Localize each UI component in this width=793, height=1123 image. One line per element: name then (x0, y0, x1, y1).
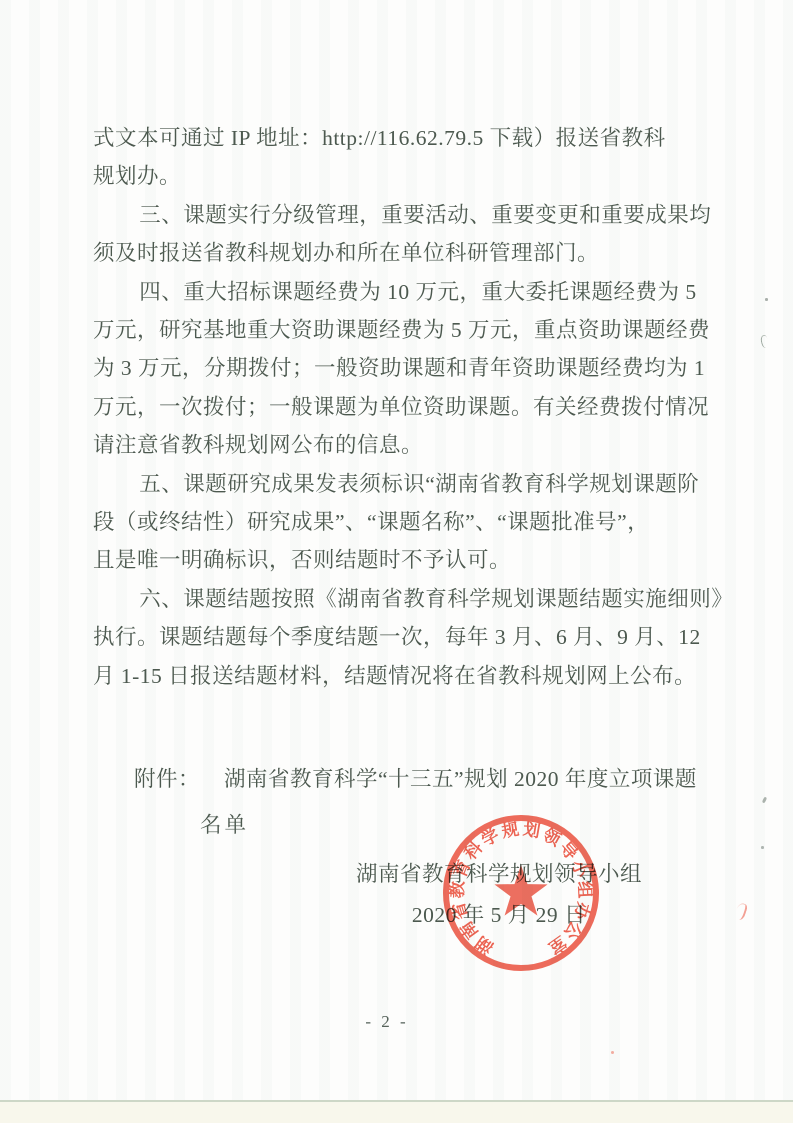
scan-speck (760, 334, 770, 348)
body-line: 式文本可通过 IP 地址：http://116.62.79.5 下载）报送省教科 (93, 119, 713, 157)
seal-star-icon (494, 865, 547, 916)
attachment-label: 附件： (134, 760, 200, 798)
body-line: 月 1-15 日报送结题材料，结题情况将在省教科规划网上公布。 (93, 657, 713, 695)
attachment-title: 湖南省教育科学“十三五”规划 2020 年度立项课题 (224, 760, 697, 798)
scan-speck (734, 902, 749, 921)
seal-text-char: 规 (500, 819, 520, 842)
body-line: 规划办。 (93, 157, 713, 195)
official-seal: 湖南省教育科学规划领导小组办公室 (436, 808, 606, 978)
scan-speck (762, 797, 767, 804)
seal-text-char: 划 (522, 819, 542, 842)
attachment-line: 附件： 湖南省教育科学“十三五”规划 2020 年度立项课题 (134, 760, 697, 798)
official-seal-graphic: 湖南省教育科学规划领导小组办公室 (436, 808, 606, 978)
body-line: 四、重大招标课题经费为 10 万元，重大委托课题经费为 5 (93, 273, 713, 311)
body-line: 三、课题实行分级管理，重要活动、重要变更和重要成果均 (93, 196, 713, 234)
body-line: 万元，研究基地重大资助课题经费为 5 万元，重点资助课题经费 (93, 311, 713, 349)
body-line: 六、课题结题按照《湖南省教育科学规划课题结题实施细则》 (93, 580, 713, 618)
scan-speck (765, 298, 768, 301)
body-line: 段（或终结性）研究成果”、“课题名称”、“课题批准号”， (93, 503, 713, 541)
body-line: 请注意省教科规划网公布的信息。 (93, 426, 713, 464)
scan-speck (611, 1051, 614, 1054)
page-number: - 2 - (347, 1012, 427, 1032)
scan-page-edge (0, 1100, 793, 1123)
body-line: 须及时报送省教科规划办和所在单位科研管理部门。 (93, 234, 713, 272)
scan-speck (761, 846, 764, 849)
body-line: 万元，一次拨付；一般课题为单位资助课题。有关经费拨付情况 (93, 388, 713, 426)
body-line: 五、课题研究成果发表须标识“湖南省教育科学规划课题阶 (93, 465, 713, 503)
body-line: 且是唯一明确标识，否则结题时不予认可。 (93, 541, 713, 579)
body-line: 执行。课题结题每个季度结题一次，每年 3 月、6 月、9 月、12 (93, 618, 713, 656)
body-line: 为 3 万元，分期拨付；一般资助课题和青年资助课题经费均为 1 (93, 349, 713, 387)
scanned-document-page: 式文本可通过 IP 地址：http://116.62.79.5 下载）报送省教科… (0, 0, 793, 1123)
seal-text-char: 组 (574, 881, 595, 899)
attachment-title-continued: 名单 (200, 806, 249, 844)
seal-text-char: 教 (447, 880, 468, 899)
document-body: 式文本可通过 IP 地址：http://116.62.79.5 下载）报送省教科… (93, 119, 713, 695)
